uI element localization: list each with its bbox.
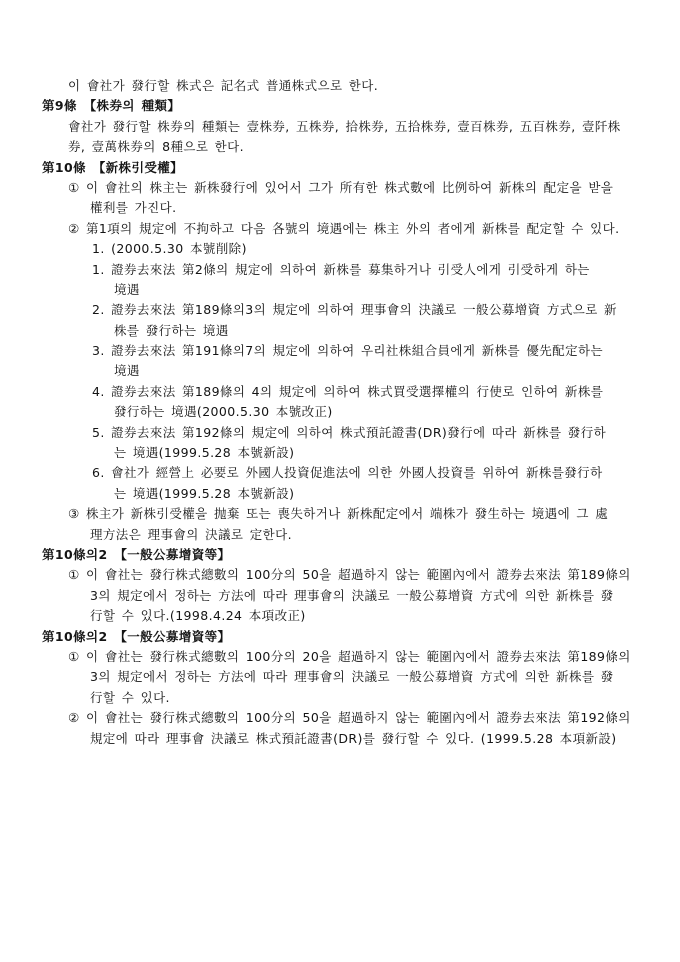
document-line: 이 會社가 發行할 株式은 記名式 普通株式으로 한다. (42, 76, 642, 96)
document-line: 株를 發行하는 境遇 (42, 321, 642, 341)
document-line: ② 第1項의 規定에 不拘하고 다음 各號의 境遇에는 株主 外의 者에게 新株… (42, 219, 642, 239)
document-line: 境遇 (42, 361, 642, 381)
document-line: 는 境遇(1999.5.28 本號新設) (42, 443, 642, 463)
document-line: 6. 會社가 經營上 必要로 外國人投資促進法에 의한 外國人投資를 위하여 新… (42, 463, 642, 483)
document-line: 理方法은 理事會의 決議로 定한다. (42, 525, 642, 545)
document-line: 는 境遇(1999.5.28 本號新設) (42, 484, 642, 504)
document-line: ③ 株主가 新株引受權을 抛棄 또는 喪失하거나 新株配定에서 端株가 發生하는… (42, 504, 642, 524)
document-line: 會社가 發行할 株券의 種類는 壹株券, 五株券, 拾株券, 五拾株券, 壹百株… (42, 117, 642, 137)
article-heading: 第9條 【株券의 種類】 (42, 96, 642, 116)
document-line: ① 이 會社는 發行株式總數의 100分의 50을 超過하지 않는 範圍內에서 … (42, 565, 642, 585)
document-line: 3의 規定에서 정하는 方法에 따라 理事會의 決議로 一般公募增資 方式에 의… (42, 586, 642, 606)
document-line: 3. 證券去來法 第191條의7의 規定에 의하여 우리社株組合員에게 新株를 … (42, 341, 642, 361)
document-line: 境遇 (42, 280, 642, 300)
document-line: 1. 證券去來法 第2條의 規定에 의하여 新株를 募集하거나 引受人에게 引受… (42, 260, 642, 280)
document-line: ② 이 會社는 發行株式總數의 100分의 50을 超過하지 않는 範圍內에서 … (42, 708, 642, 728)
document-line: 權利를 가진다. (42, 198, 642, 218)
article-heading: 第10條의2 【一般公募增資等】 (42, 545, 642, 565)
document-line: 2. 證券去來法 第189條의3의 規定에 의하여 理事會의 決議로 一般公募增… (42, 300, 642, 320)
document-line: 5. 證券去來法 第192條의 規定에 의하여 株式預託證書(DR)發行에 따라… (42, 423, 642, 443)
document-line: 4. 證券去來法 第189條의 4의 規定에 의하여 株式買受選擇權의 行使로 … (42, 382, 642, 402)
article-heading: 第10條의2 【一般公募增資等】 (42, 627, 642, 647)
document-line: 發行하는 境遇(2000.5.30 本號改正) (42, 402, 642, 422)
document-line: ① 이 會社의 株主는 新株發行에 있어서 그가 所有한 株式數에 比例하여 新… (42, 178, 642, 198)
document-page: 이 會社가 發行할 株式은 記名式 普通株式으로 한다. 第9條 【株券의 種類… (0, 0, 680, 962)
document-line: 券, 壹萬株券의 8種으로 한다. (42, 137, 642, 157)
document-line: 3의 規定에서 정하는 方法에 따라 理事會의 決議로 一般公募增資 方式에 의… (42, 667, 642, 687)
document-line: 行할 수 있다.(1998.4.24 本項改正) (42, 606, 642, 626)
document-line: 行할 수 있다. (42, 688, 642, 708)
article-heading: 第10條 【新株引受權】 (42, 158, 642, 178)
document-text-block: 이 會社가 發行할 株式은 記名式 普通株式으로 한다. 第9條 【株券의 種類… (42, 76, 642, 749)
document-line: 1. (2000.5.30 本號削除) (42, 239, 642, 259)
document-line: 規定에 따라 理事會 決議로 株式預託證書(DR)를 發行할 수 있다. (19… (42, 729, 642, 749)
document-line: ① 이 會社는 發行株式總數의 100分의 20을 超過하지 않는 範圍內에서 … (42, 647, 642, 667)
